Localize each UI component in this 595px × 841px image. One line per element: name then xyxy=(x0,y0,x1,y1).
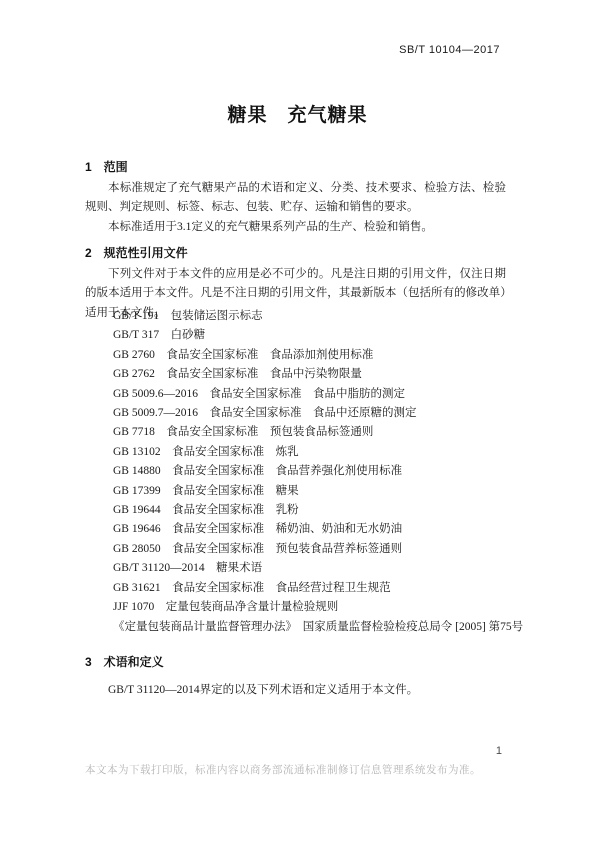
reference-item: GB/T 317 白砂糖 xyxy=(85,326,506,345)
section-terms-body: GB/T 31120—2014界定的以及下列术语和定义适用于本文件。 xyxy=(85,681,506,700)
reference-item: GB/T 31120—2014 糖果术语 xyxy=(85,559,506,578)
reference-item: GB 2762 食品安全国家标准 食品中污染物限量 xyxy=(85,365,506,384)
normative-references-list: GB/T 191 包装储运图示标志 GB/T 317 白砂糖 GB 2760 食… xyxy=(85,307,506,637)
footer-note: 本文本为下载打印版，标准内容以商务部流通标准制修订信息管理系统发布为准。 xyxy=(85,762,545,777)
standard-code-header: SB/T 10104—2017 xyxy=(399,44,500,56)
section-scope-body: 本标准规定了充气糖果产品的术语和定义、分类、技术要求、检验方法、检验规则、判定规… xyxy=(85,179,506,237)
reference-item: GB 7718 食品安全国家标准 预包装食品标签通则 xyxy=(85,423,506,442)
section-heading-scope: 1 范围 xyxy=(85,158,506,177)
section-heading-normative-references: 2 规范性引用文件 xyxy=(85,244,506,263)
reference-item: GB/T 191 包装储运图示标志 xyxy=(85,307,506,326)
scope-paragraph: 本标准规定了充气糖果产品的术语和定义、分类、技术要求、检验方法、检验规则、判定规… xyxy=(85,179,506,218)
standard-document-page: { "document": { "standard_code": "SB/T 1… xyxy=(0,0,595,841)
reference-item: GB 31621 食品安全国家标准 食品经营过程卫生规范 xyxy=(85,579,506,598)
reference-item: 《定量包装商品计量监督管理办法》 国家质量监督检验检疫总局令 [2005] 第7… xyxy=(85,618,506,637)
terms-paragraph: GB/T 31120—2014界定的以及下列术语和定义适用于本文件。 xyxy=(85,681,506,700)
section-heading-terms: 3 术语和定义 xyxy=(85,653,506,672)
reference-item: GB 19646 食品安全国家标准 稀奶油、奶油和无水奶油 xyxy=(85,520,506,539)
reference-item: GB 5009.7—2016 食品安全国家标准 食品中还原糖的测定 xyxy=(85,404,506,423)
reference-item: GB 19644 食品安全国家标准 乳粉 xyxy=(85,501,506,520)
reference-item: GB 2760 食品安全国家标准 食品添加剂使用标准 xyxy=(85,346,506,365)
reference-item: GB 13102 食品安全国家标准 炼乳 xyxy=(85,443,506,462)
document-title: 糖果 充气糖果 xyxy=(0,100,595,127)
reference-item: GB 28050 食品安全国家标准 预包装食品营养标签通则 xyxy=(85,540,506,559)
reference-item: JJF 1070 定量包装商品净含量计量检验规则 xyxy=(85,598,506,617)
scope-paragraph: 本标准适用于3.1定义的充气糖果系列产品的生产、检验和销售。 xyxy=(85,218,506,237)
reference-item: GB 14880 食品安全国家标准 食品营养强化剂使用标准 xyxy=(85,462,506,481)
reference-item: GB 5009.6—2016 食品安全国家标准 食品中脂肪的测定 xyxy=(85,385,506,404)
page-number: 1 xyxy=(496,745,502,757)
reference-item: GB 17399 食品安全国家标准 糖果 xyxy=(85,482,506,501)
